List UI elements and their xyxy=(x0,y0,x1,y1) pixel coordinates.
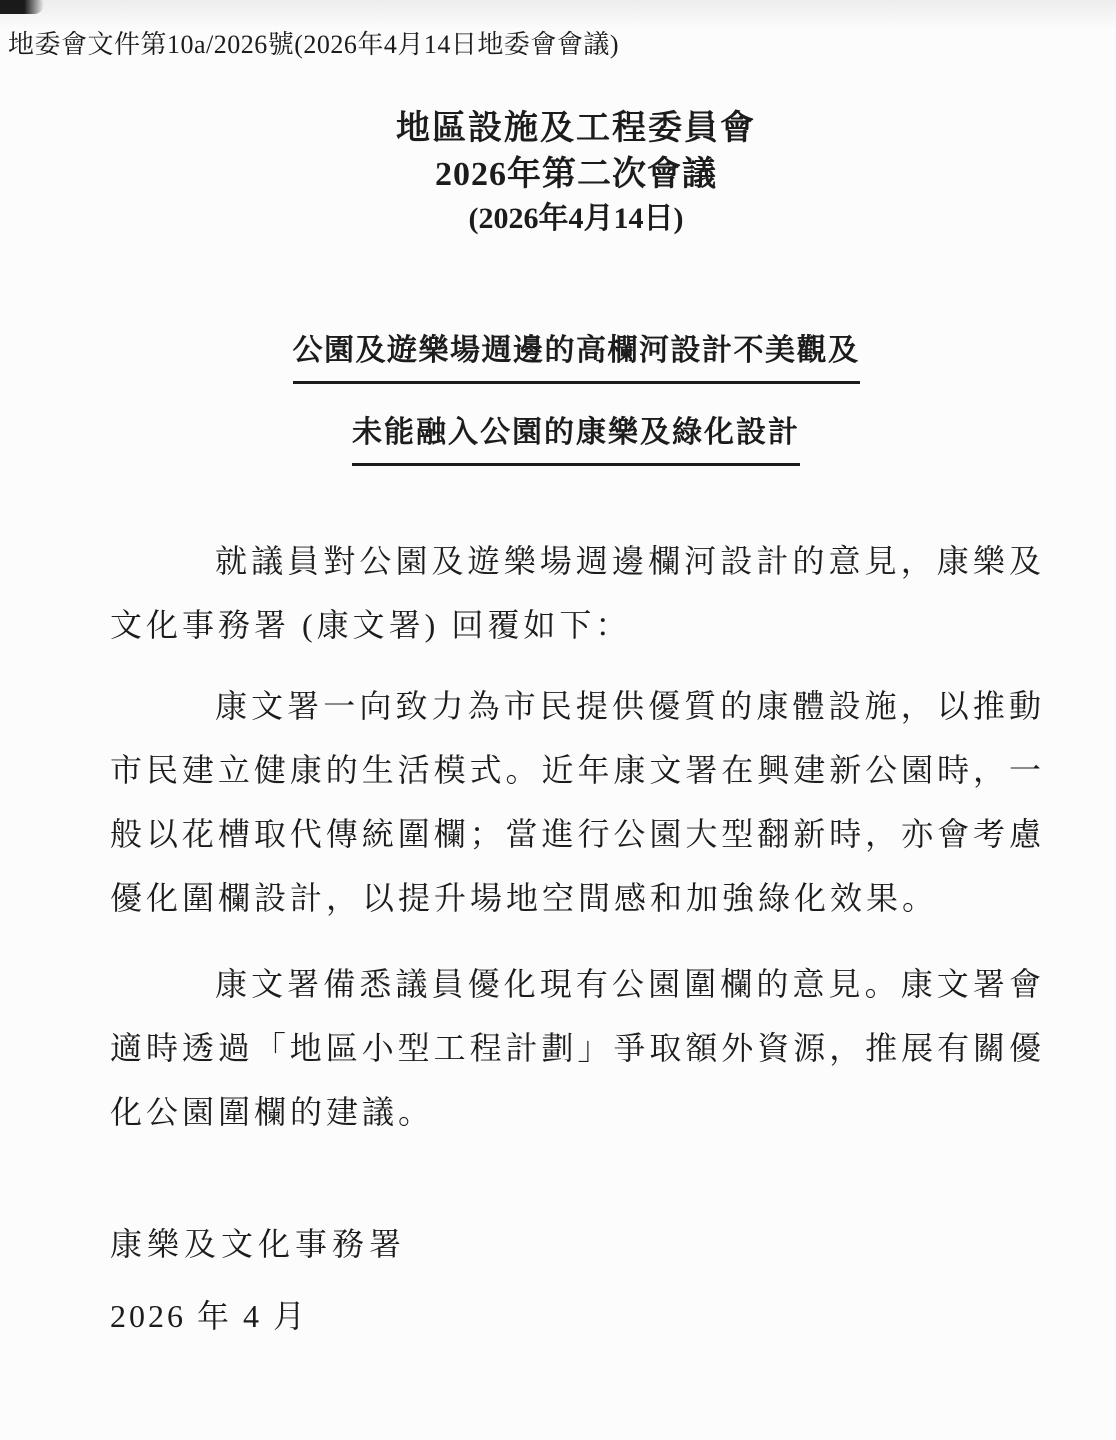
paragraph-1-line-2: 文化事務署 (康文署) 回覆如下： xyxy=(110,593,1042,657)
paragraph-2-line-4: 優化圍欄設計，以提升場地空間感和加強綠化效果。 xyxy=(110,866,1042,930)
signature-date: 2026 年 4 月 xyxy=(110,1296,308,1336)
subject-heading-line-1: 公園及遊樂場週邊的高欄河設計不美觀及 xyxy=(110,330,1042,384)
subject-heading-text-1: 公園及遊樂場週邊的高欄河設計不美觀及 xyxy=(293,330,860,384)
paragraph-3-line-1: 康文署備悉議員優化現有公園圍欄的意見。康文署會 xyxy=(110,952,1042,1016)
paragraph-2-line-2: 市民建立健康的生活模式。近年康文署在興建新公園時，一 xyxy=(110,738,1042,802)
paragraph-3-line-2: 適時透過「地區小型工程計劃」爭取額外資源，推展有關優 xyxy=(110,1016,1042,1080)
paragraph-3: 康文署備悉議員優化現有公園圍欄的意見。康文署會 適時透過「地區小型工程計劃」爭取… xyxy=(110,952,1042,1144)
subject-heading-line-2: 未能融入公園的康樂及綠化設計 xyxy=(110,412,1042,466)
meeting-date: (2026年4月14日) xyxy=(110,198,1042,240)
subject-heading-text-2: 未能融入公園的康樂及綠化設計 xyxy=(352,412,800,466)
scan-corner-artifact xyxy=(0,0,44,14)
paragraph-1: 就議員對公園及遊樂場週邊欄河設計的意見，康樂及 文化事務署 (康文署) 回覆如下… xyxy=(110,529,1042,657)
paragraph-1-line-1: 就議員對公園及遊樂場週邊欄河設計的意見，康樂及 xyxy=(110,529,1042,593)
paragraph-2-line-3: 般以花槽取代傳統圍欄；當進行公園大型翻新時，亦會考慮 xyxy=(110,802,1042,866)
paragraph-2-line-1: 康文署一向致力為市民提供優質的康體設施，以推動 xyxy=(110,674,1042,738)
title-block: 地區設施及工程委員會 2026年第二次會議 (2026年4月14日) xyxy=(110,106,1042,240)
document-page: 地委會文件第10a/2026號(2026年4月14日地委會會議) 地區設施及工程… xyxy=(0,0,1116,1440)
signature-organisation: 康樂及文化事務署 xyxy=(110,1224,406,1264)
scan-top-shading xyxy=(0,0,1116,30)
paragraph-3-line-3: 化公園圍欄的建議。 xyxy=(110,1080,1042,1144)
paragraph-2: 康文署一向致力為市民提供優質的康體設施，以推動 市民建立健康的生活模式。近年康文… xyxy=(110,674,1042,930)
subject-heading: 公園及遊樂場週邊的高欄河設計不美觀及 未能融入公園的康樂及綠化設計 xyxy=(110,330,1042,494)
document-reference-line: 地委會文件第10a/2026號(2026年4月14日地委會會議) xyxy=(8,28,619,62)
meeting-number: 2026年第二次會議 xyxy=(110,152,1042,198)
committee-name: 地區設施及工程委員會 xyxy=(110,106,1042,152)
